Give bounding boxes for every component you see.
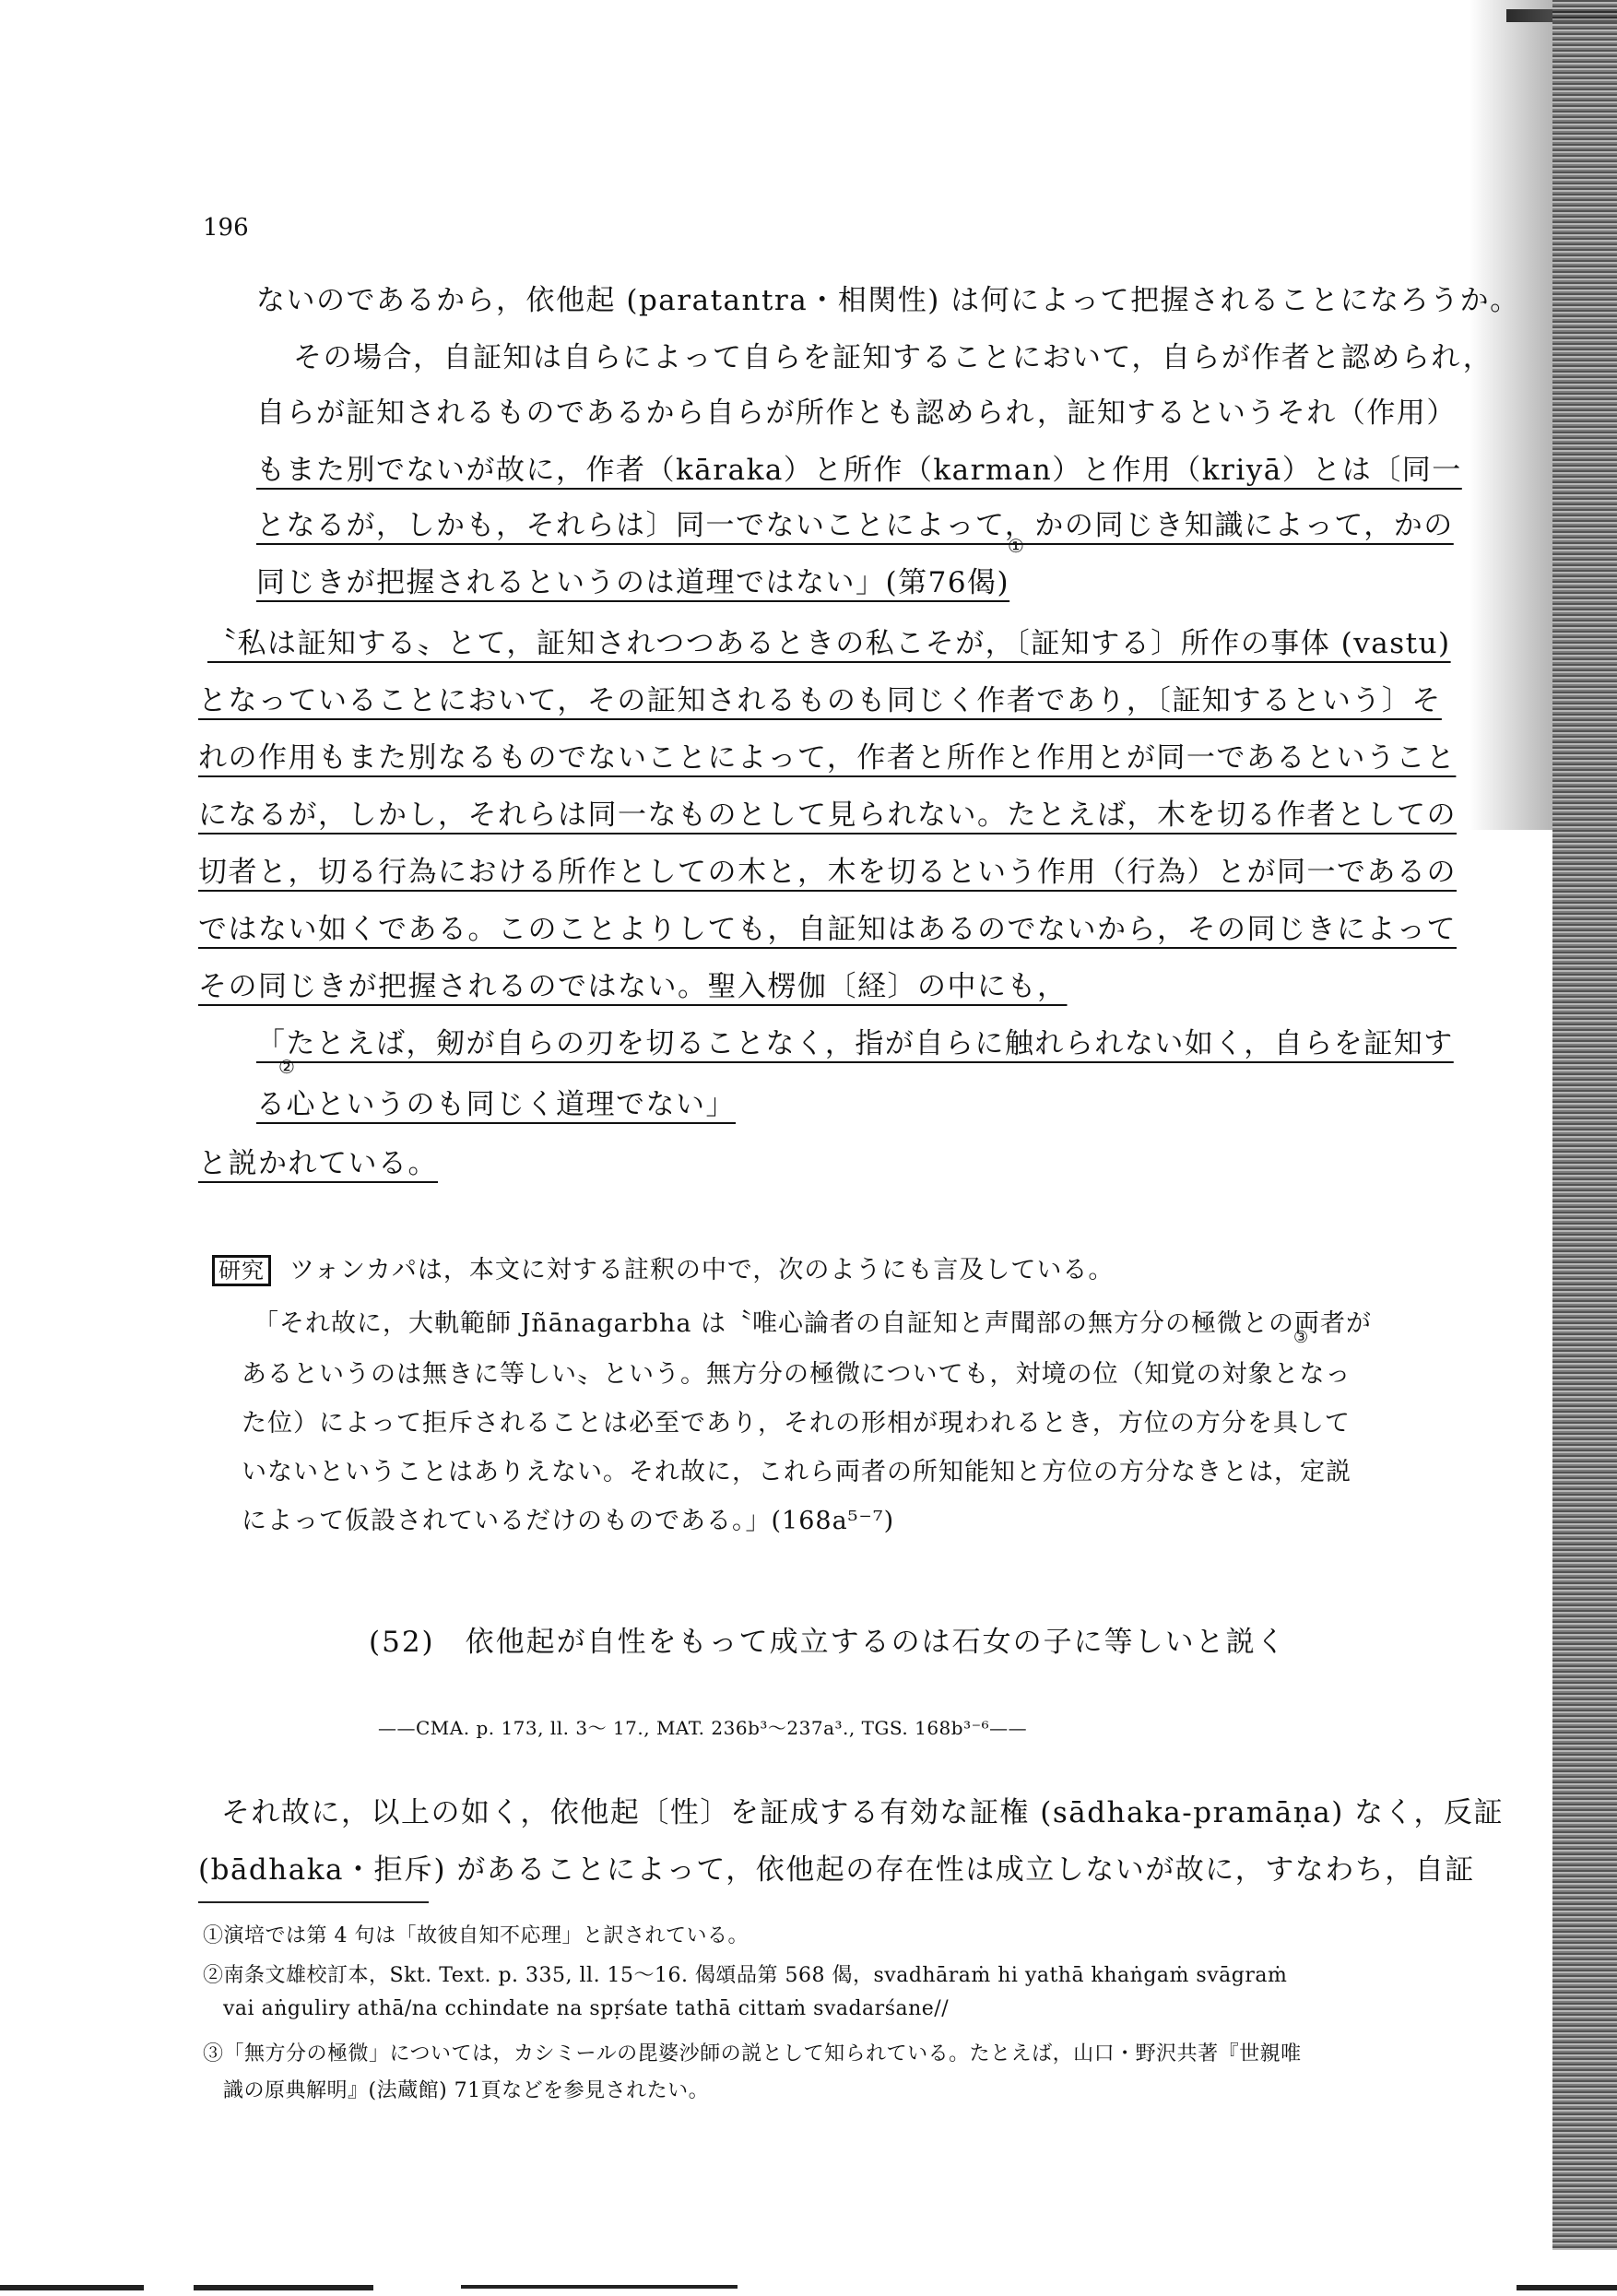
scan-shadow-gradient (1469, 0, 1552, 830)
body-line: となっていることにおいて，その証知されるものも同じく作者であり，〔証知するという… (198, 677, 1442, 718)
body-line: 切者と，切る行為における所作としての木と，木を切るという作用（行為）とが同一であ… (198, 848, 1457, 890)
scan-artifact-bottom (461, 2285, 738, 2289)
footnote-3-cont: 識の原典解明』(法蔵館) 71頁などを参見されたい。 (223, 2075, 709, 2103)
research-label-box: 研究 (212, 1255, 271, 1286)
research-line: 「それ故に，大軌範師 Jñānagarbha は〝唯心論者の自証知と声聞部の無方… (254, 1303, 1372, 1339)
body-line: ではない如くである。このことよりしても，自証知はあるのでないから，その同じきによ… (198, 905, 1457, 947)
section-line: (bādhaka・拒斥) があることによって，依他起の存在性は成立しないが故に，… (198, 1846, 1475, 1888)
body-line: その場合，自証知は自らによって自らを証知することにおいて，自らが作者と認められ， (293, 334, 1493, 375)
section-line: それ故に，以上の如く，依他起〔性〕を証成する有効な証権 (sādhaka-pra… (221, 1789, 1504, 1830)
research-line: あるというのは無きに等しい〟という。無方分の極微についても，対境の位（知覚の対象… (242, 1354, 1351, 1390)
body-line: ないのであるから，依他起 (paratantra・相関性) は何によって把握され… (256, 277, 1520, 318)
body-line: その同じきが把握されるのではない。聖入楞伽〔経〕の中にも， (198, 963, 1068, 1004)
body-line: となるが，しかも，それらは〕同一でないことによって，かの同じき知識によって，かの (256, 502, 1454, 543)
quote-line: 「たとえば，剱が自らの刃を切ることなく，指が自らに触れられない如く，自らを証知す (256, 1020, 1454, 1061)
research-line: によって仮設されているだけのものである。」(168a⁵⁻⁷) (242, 1500, 894, 1536)
research-line: た位）によって拒斥されることは必至であり，それの形相が現われるとき，方位の方分を… (242, 1402, 1351, 1438)
section-heading: (52) 依他起が自性をもって成立するのは石女の子に等しいと説く (369, 1618, 1287, 1660)
quote-line: る心というのも同じく道理でない」 (256, 1081, 736, 1122)
footnote-2: ②南条文雄校訂本，Skt. Text. p. 335, ll. 15～16. 偈… (203, 1959, 1287, 1988)
footnote-mark-2[interactable]: ② (278, 1056, 295, 1078)
footnote-3: ③「無方分の極微」については，カシミールの毘婆沙師の説として知られている。たとえ… (203, 2038, 1302, 2066)
body-line: 自らが証知されるものであるから自らが所作とも認められ，証知するというそれ（作用） (256, 389, 1457, 431)
scan-artifact-bottom (1517, 2285, 1617, 2290)
body-line: になるが，しかし，それらは同一なものとして見られない。たとえば，木を切る作者とし… (198, 791, 1457, 833)
body-line: もまた別でないが故に，作者（kāraka）と所作（karman）と作用（kriy… (256, 446, 1462, 488)
scan-artifact-bottom (0, 2285, 144, 2290)
footnote-2-cont: vai aṅguliry athā/na cchindate na spṛśat… (223, 1997, 949, 2020)
section-source-reference: ——CMA. p. 173, ll. 3～ 17., MAT. 236b³～23… (378, 1713, 1027, 1740)
body-line: 〝私は証知する〟とて，証知されつつあるときの私こそが，〔証知する〕所作の事体 (… (207, 620, 1451, 661)
footnote-mark-1[interactable]: ① (1008, 535, 1024, 557)
scan-shadow-right-edge (1552, 0, 1617, 2250)
body-line: れの作用もまた別なるものでないことによって，作者と所作と作用とが同一であるという… (198, 734, 1456, 775)
scan-artifact-bottom (194, 2285, 373, 2290)
footnote-1: ①演培では第 4 句は「故彼自知不応理」と訳されている。 (203, 1920, 749, 1948)
footnote-separator (198, 1901, 429, 1903)
page-number: 196 (203, 214, 249, 242)
footnote-mark-3[interactable]: ③ (1293, 1328, 1308, 1347)
body-line: 同じきが把握されるというのは道理ではない」(第76偈) (256, 559, 1009, 600)
body-line: と説かれている。 (198, 1140, 438, 1181)
research-line: いないということはありえない。それ故に，これら両者の所知能知と方位の方分なきとは… (242, 1451, 1351, 1487)
research-intro: 研究ツォンカパは，本文に対する註釈の中で，次のようにも言及している。 (212, 1249, 1114, 1286)
